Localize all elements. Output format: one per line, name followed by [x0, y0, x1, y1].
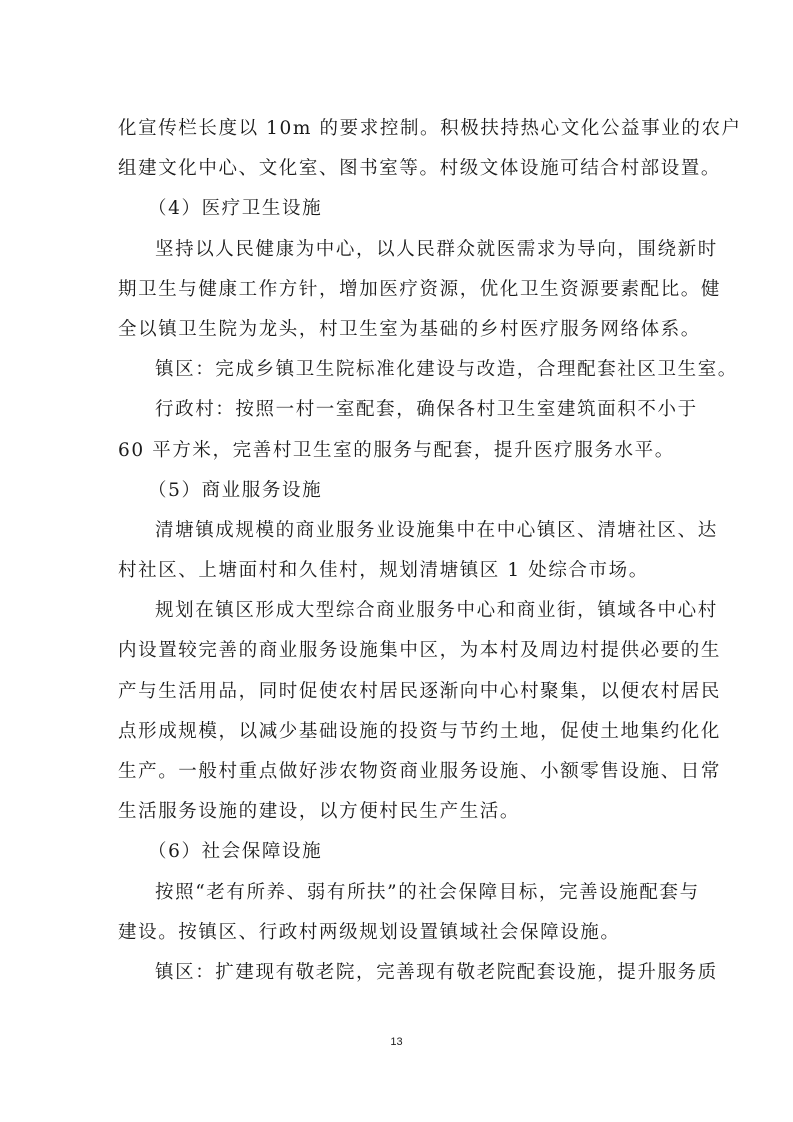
text-line: 生活服务设施的建设，以方便村民生产生活。	[118, 792, 678, 832]
section-heading-commercial: （5）商业服务设施	[118, 471, 678, 511]
body-text: 化宣传栏长度以 10m 的要求控制。积极扶持热心文化公益事业的农户 组建文化中心…	[118, 109, 678, 993]
text-line: 组建文化中心、文化室、图书室等。村级文体设施可结合村部设置。	[118, 149, 678, 189]
paragraph-start: 镇区：完成乡镇卫生院标准化建设与改造，合理配套社区卫生室。	[118, 350, 678, 390]
text-line: 60 平方米，完善村卫生室的服务与配套，提升医疗服务水平。	[118, 431, 678, 471]
paragraph-start: 坚持以人民健康为中心，以人民群众就医需求为导向，围绕新时	[118, 230, 678, 270]
paragraph-start: 规划在镇区形成大型综合商业服务中心和商业街，镇域各中心村	[118, 591, 678, 631]
section-heading-social-security: （6）社会保障设施	[118, 832, 678, 872]
text-line: 全以镇卫生院为龙头，村卫生室为基础的乡村医疗服务网络体系。	[118, 310, 678, 350]
section-heading-medical: （4）医疗卫生设施	[118, 189, 678, 229]
text-line: 产与生活用品，同时促使农村居民逐渐向中心村聚集，以便农村居民	[118, 672, 678, 712]
text-line: 化宣传栏长度以 10m 的要求控制。积极扶持热心文化公益事业的农户	[118, 109, 678, 149]
paragraph-start: 清塘镇成规模的商业服务业设施集中在中心镇区、清塘社区、达	[118, 511, 678, 551]
text-line: 建设。按镇区、行政村两级规划设置镇域社会保障设施。	[118, 913, 678, 953]
text-line: 内设置较完善的商业服务设施集中区，为本村及周边村提供必要的生	[118, 631, 678, 671]
text-line: 村社区、上塘面村和久佳村，规划清塘镇区 1 处综合市场。	[118, 551, 678, 591]
text-line: 点形成规模，以减少基础设施的投资与节约土地，促使土地集约化化	[118, 712, 678, 752]
text-line: 生产。一般村重点做好涉农物资商业服务设施、小额零售设施、日常	[118, 752, 678, 792]
paragraph-start: 行政村：按照一村一室配套，确保各村卫生室建筑面积不小于	[118, 390, 678, 430]
page-number: 13	[0, 1036, 793, 1048]
document-page: 化宣传栏长度以 10m 的要求控制。积极扶持热心文化公益事业的农户 组建文化中心…	[0, 0, 793, 1122]
text-line: 期卫生与健康工作方针，增加医疗资源，优化卫生资源要素配比。健	[118, 270, 678, 310]
paragraph-start: 镇区：扩建现有敬老院，完善现有敬老院配套设施，提升服务质	[118, 953, 678, 993]
paragraph-start: 按照“老有所养、弱有所扶”的社会保障目标，完善设施配套与	[118, 873, 678, 913]
